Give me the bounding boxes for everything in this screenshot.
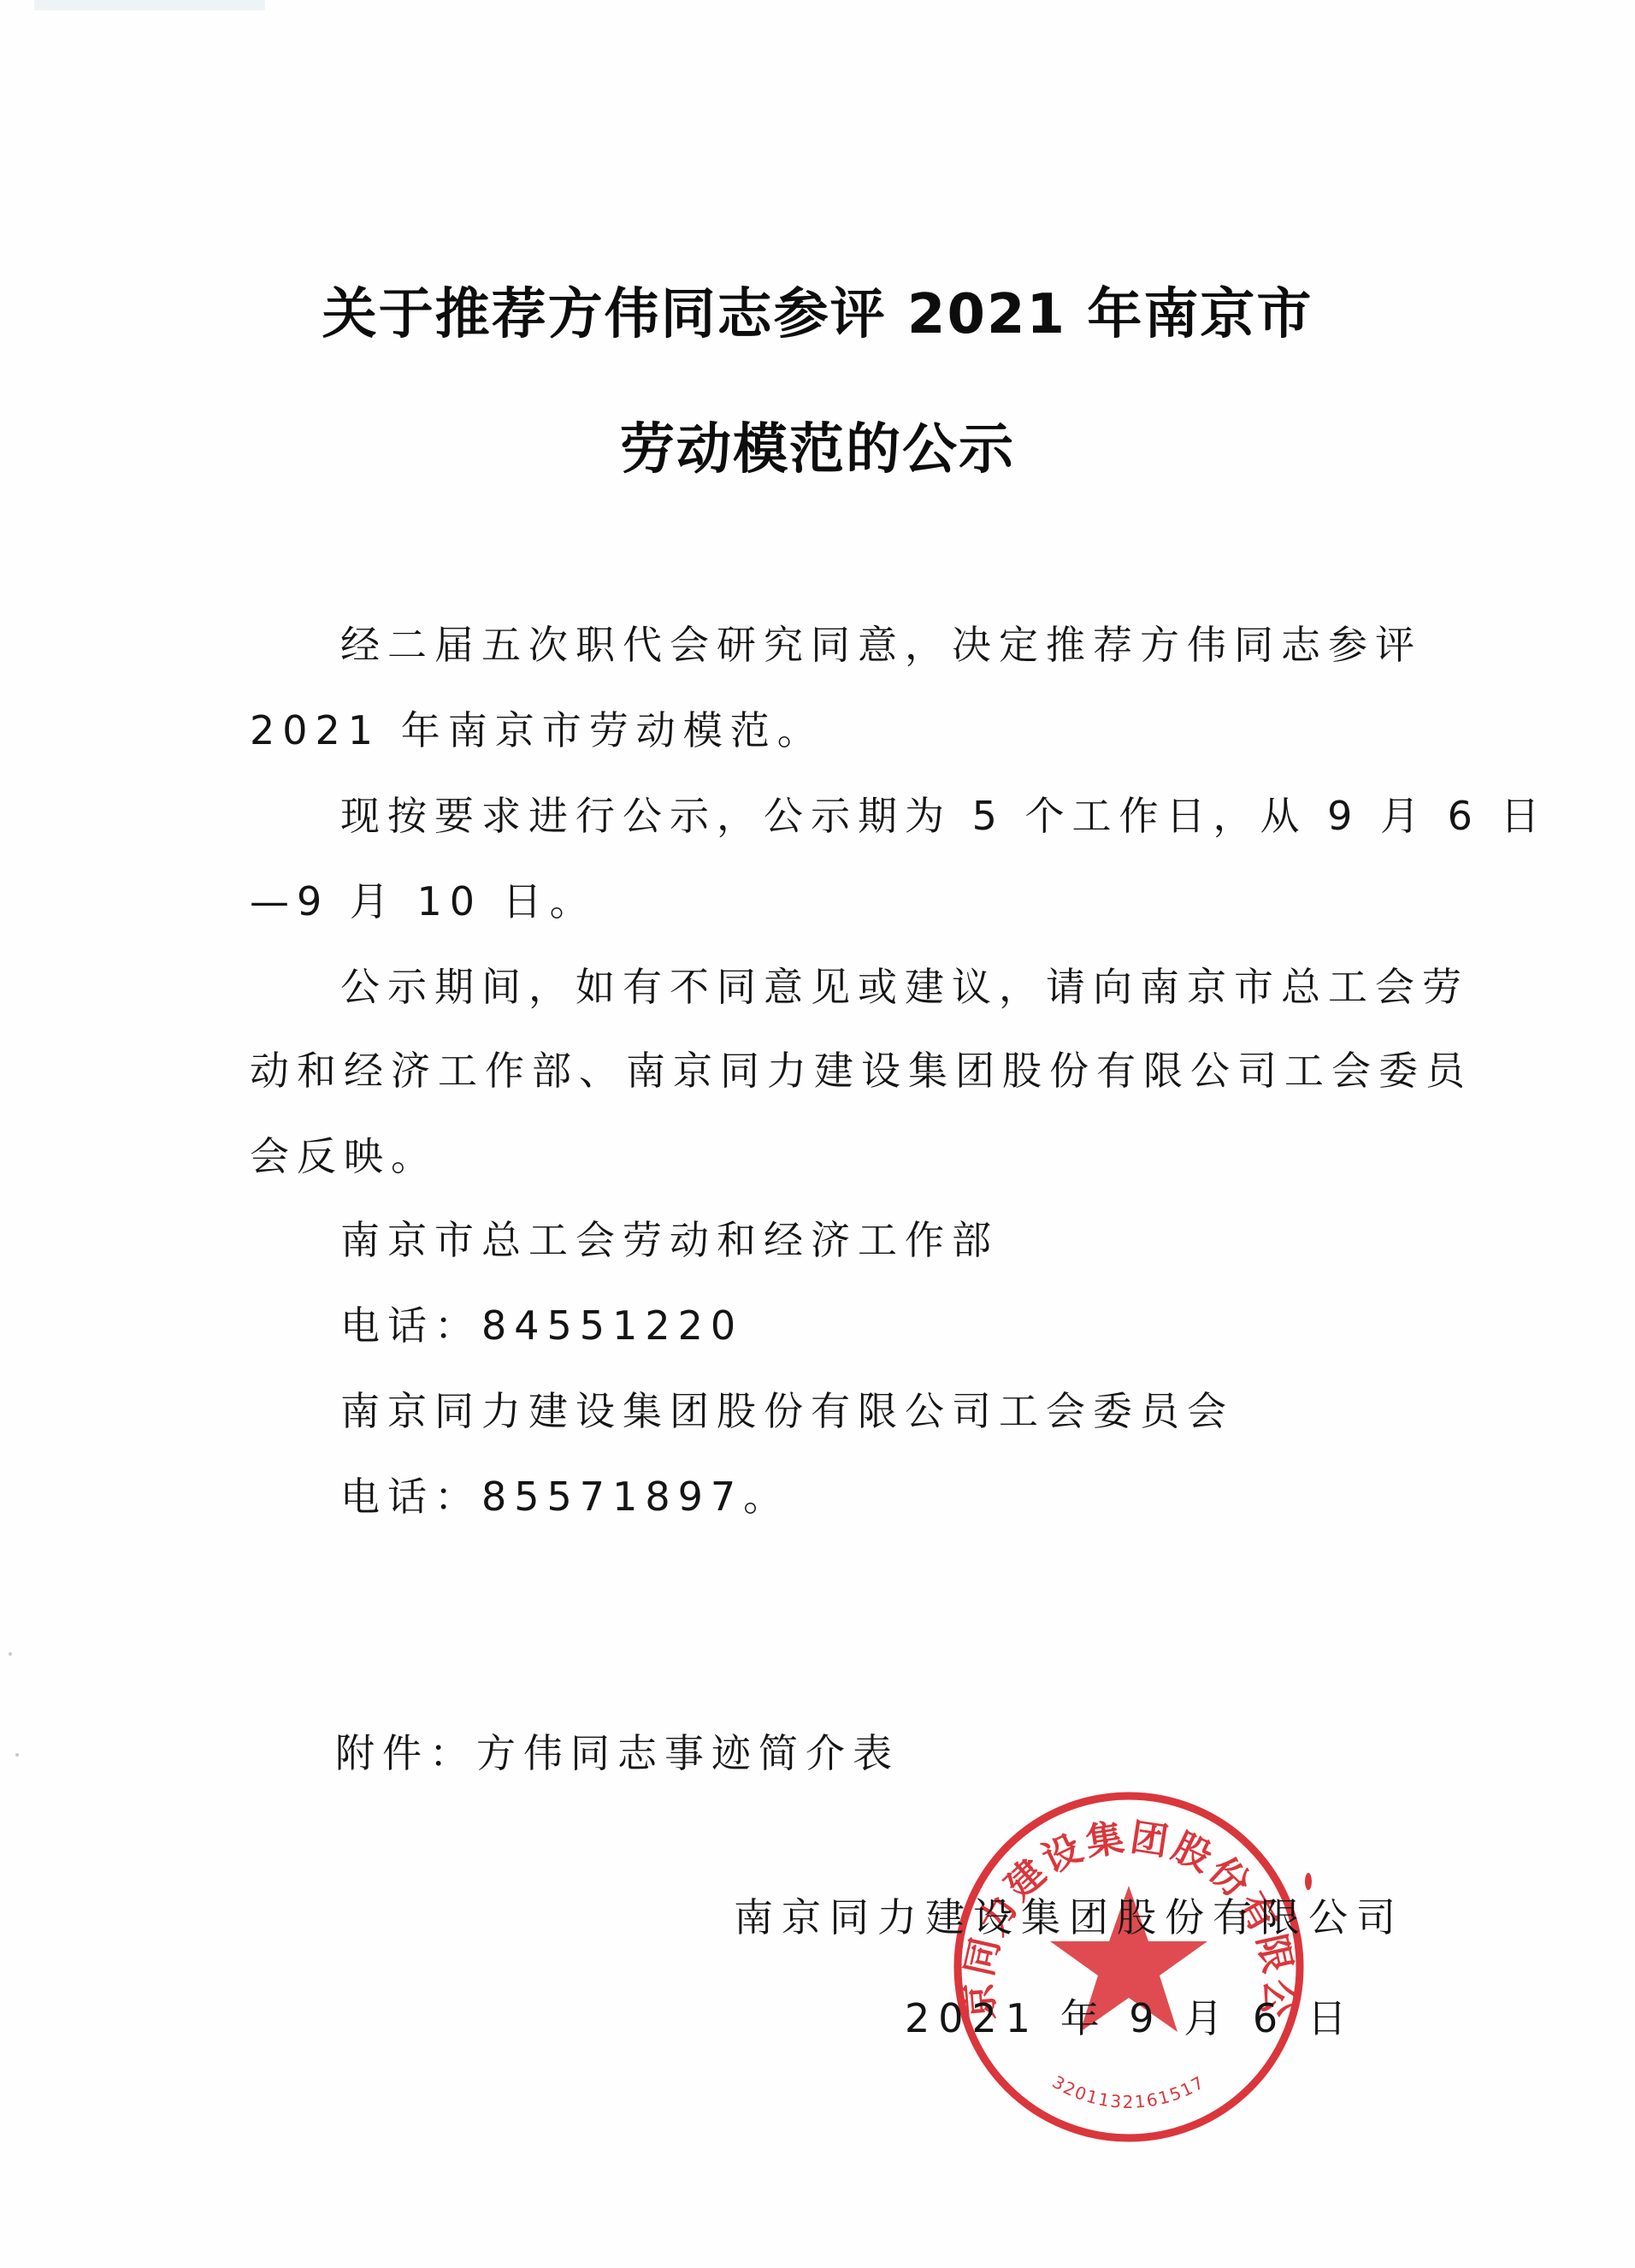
paragraph-3-line-3: 会反映。: [250, 1131, 438, 1182]
document-page: 关于推荐方伟同志参评 2021 年南京市 劳动模范的公示 经二届五次职代会研究同…: [0, 0, 1635, 2268]
signature-organization: 南京同力建设集团股份有限公司: [734, 1892, 1404, 1943]
contact-2-phone: 电话：85571897。: [340, 1471, 790, 1522]
attachment-note: 附件：方伟同志事迹简介表: [335, 1728, 900, 1779]
paragraph-2-line-2: —9 月 10 日。: [250, 876, 597, 927]
paragraph-3-line-2: 动和经济工作部、南京同力建设集团股份有限公司工会委员: [250, 1045, 1473, 1096]
contact-1-org: 南京市总工会劳动和经济工作部: [340, 1214, 999, 1266]
paragraph-3-line-1: 公示期间，如有不同意见或建议，请向南京市总工会劳: [340, 961, 1469, 1013]
official-seal-stamp-icon: 南京同力建设集团股份有限公司 3201132161517: [941, 1779, 1317, 2155]
paragraph-2-line-1: 现按要求进行公示，公示期为 5 个工作日，从 9 月 6 日: [340, 790, 1548, 842]
scan-speck: [15, 1753, 19, 1757]
paragraph-1-line-1: 经二届五次职代会研究同意，决定推荐方伟同志参评: [340, 619, 1422, 670]
scan-speck: [9, 1652, 12, 1656]
contact-2-org: 南京同力建设集团股份有限公司工会委员会: [340, 1385, 1234, 1437]
scan-edge-artifact: [34, 0, 265, 10]
document-title-line-2: 劳动模范的公示: [0, 416, 1635, 484]
document-title-line-1: 关于推荐方伟同志参评 2021 年南京市: [0, 281, 1635, 349]
signature-date: 2021 年 9 月 6 日: [905, 1993, 1355, 2044]
paragraph-1-line-2: 2021 年南京市劳动模范。: [250, 705, 824, 756]
contact-1-phone: 电话：84551220: [340, 1300, 743, 1351]
svg-text:3201132161517: 3201132161517: [1049, 2071, 1209, 2112]
